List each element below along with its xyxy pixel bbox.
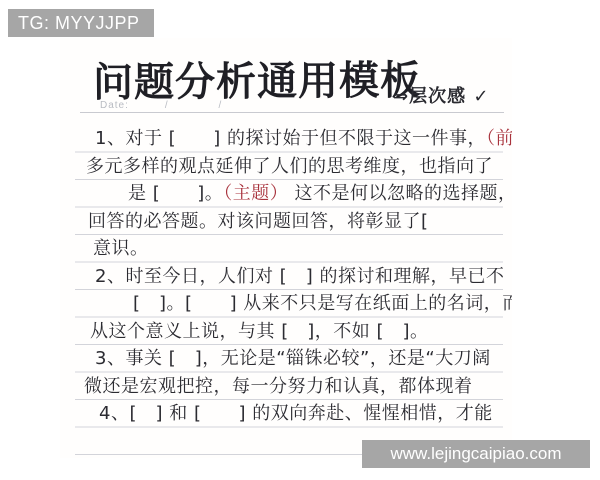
red-annotation: （前文 xyxy=(486,128,512,149)
note-line: 1、对于 [ ] 的探讨始于但不限于这一件事，（前文 xyxy=(95,125,512,152)
note-line: 2、时至今日，人们对 [ ] 的探讨和理解，早已不 xyxy=(95,263,504,290)
note-line: 4、[ ] 和 [ ] 的双向奔赴、惺惺相惜，才能 xyxy=(99,400,493,427)
page-title: 问题分析通用模板 xyxy=(93,49,421,108)
watermark-badge-bottom: www.lejingcaipiao.com xyxy=(362,440,590,468)
photo-of-handwritten-notes: TG: MYYJJPP Date:/ / 问题分析通用模板 ⇒层次感 ✓ 1、对… xyxy=(0,0,600,480)
watermark-badge-top: TG: MYYJJPP xyxy=(8,9,154,37)
date-rule-line xyxy=(80,112,504,113)
note-line: 微还是宏观把控，每一分努力和认真，都体现着 xyxy=(84,373,473,400)
note-line: [ ]。[ ] 从来不只是写在纸面上的名词，而是扎 xyxy=(133,290,512,317)
note-text: 意识。 xyxy=(93,238,149,259)
watermark-top-text: TG: MYYJJPP xyxy=(18,13,140,34)
note-text: 从这个意义上说，与其 [ ]，不如 [ ]。 xyxy=(90,321,429,342)
note-line: 从这个意义上说，与其 [ ]，不如 [ ]。 xyxy=(90,318,429,345)
note-text: [ ]。[ ] 从来不只是写在纸面上的名词，而是扎 xyxy=(133,293,512,314)
note-line: 多元多样的观点延伸了人们的思考维度，也指向了 xyxy=(86,153,493,180)
note-text: 这不是何以忽略的选择题， xyxy=(288,183,512,204)
title-annotation: ⇒层次感 ✓ xyxy=(393,82,489,108)
note-text: 1、对于 [ ] 的探讨始于但不限于这一件事， xyxy=(95,128,486,149)
note-line: 回答的必答题。对该问题回答，将彰显了[ xyxy=(88,208,429,235)
note-text: 回答的必答题。对该问题回答，将彰显了[ xyxy=(88,211,429,232)
note-text: 4、[ ] 和 [ ] 的双向奔赴、惺惺相惜，才能 xyxy=(99,403,493,424)
note-text: 是 [ ]。 xyxy=(128,183,223,204)
note-line: 3、事关 [ ]，无论是“锱铢必较”，还是“大刀阔 xyxy=(95,345,491,372)
notebook-page: Date:/ / 问题分析通用模板 ⇒层次感 ✓ 1、对于 [ ] 的探讨始于但… xyxy=(60,38,512,458)
red-annotation: （主题） xyxy=(223,183,288,204)
note-line: 意识。 xyxy=(93,235,149,262)
note-text: 多元多样的观点延伸了人们的思考维度，也指向了 xyxy=(86,156,493,177)
note-text: 3、事关 [ ]，无论是“锱铢必较”，还是“大刀阔 xyxy=(95,348,491,369)
note-text: 2、时至今日，人们对 [ ] 的探讨和理解，早已不 xyxy=(95,266,504,287)
note-line: 是 [ ]。（主题） 这不是何以忽略的选择题， xyxy=(128,180,512,207)
note-text: 微还是宏观把控，每一分努力和认真，都体现着 xyxy=(84,376,473,397)
watermark-bottom-text: www.lejingcaipiao.com xyxy=(390,444,561,464)
